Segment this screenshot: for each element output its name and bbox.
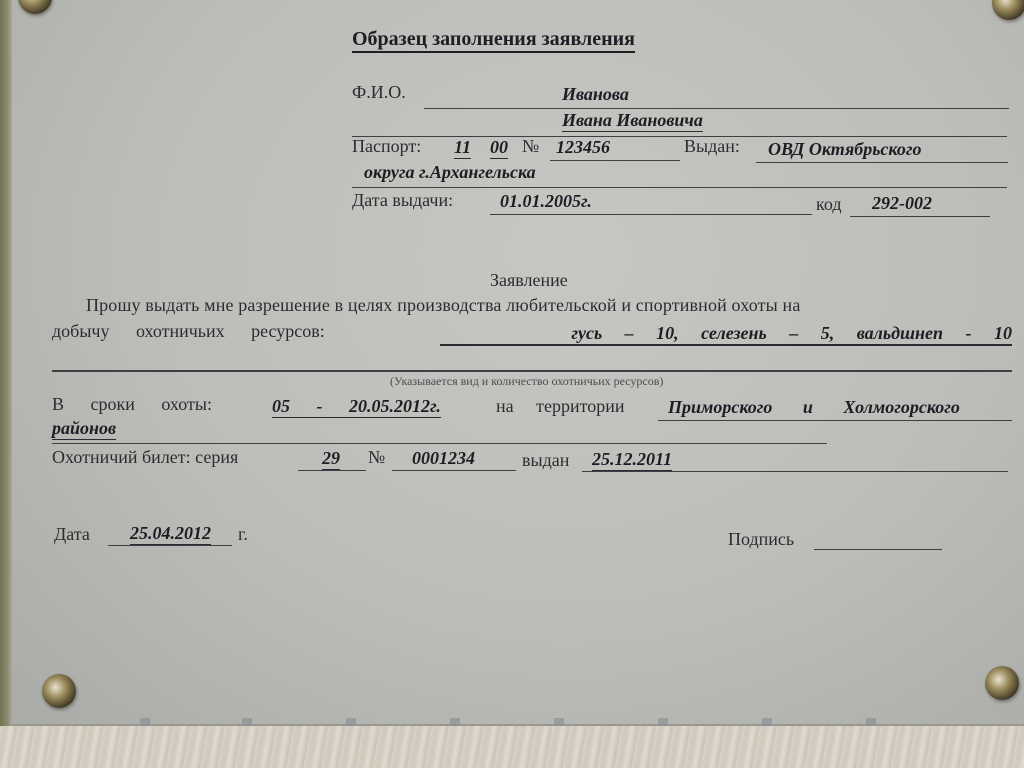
fio-surname: Иванова	[562, 84, 629, 105]
issue-date-label: Дата выдачи:	[352, 190, 453, 211]
frame-edge	[0, 0, 12, 768]
issue-date: 01.01.2005г.	[500, 191, 592, 212]
passport-issued-line-2	[352, 187, 1007, 188]
passport-issued-by-2: округа г.Архангельска	[364, 162, 536, 183]
sheet-tick	[242, 718, 252, 726]
sheet-tick	[450, 718, 460, 726]
date-label: Дата	[54, 524, 90, 545]
wall-surface	[0, 726, 1024, 768]
period-label: В сроки охоты:	[52, 394, 212, 415]
passport-number: 123456	[556, 137, 610, 158]
ticket-series: 29	[322, 448, 340, 470]
fio-label: Ф.И.О.	[352, 82, 406, 103]
resources-hint: (Указывается вид и количество охотничьих…	[390, 374, 663, 389]
date-line	[108, 545, 232, 546]
territory-value-1: Приморского и Холмогорского	[668, 397, 960, 418]
passport-issued-line	[756, 162, 1008, 163]
ticket-issued-label: выдан	[522, 450, 569, 471]
passport-series-2: 00	[490, 137, 508, 159]
document-sheet	[12, 0, 1024, 728]
territory-line-2	[52, 443, 827, 444]
fio-name-patronymic: Ивана Ивановича	[562, 110, 703, 132]
passport-label: Паспорт:	[352, 136, 421, 157]
sheet-tick	[346, 718, 356, 726]
passport-number-sign: №	[522, 136, 539, 157]
ticket-issued-date: 25.12.2011	[592, 449, 672, 471]
sheet-tick	[658, 718, 668, 726]
application-body-line1: Прошу выдать мне разрешение в целях прои…	[86, 295, 800, 316]
passport-issued-label: Выдан:	[684, 136, 740, 157]
ticket-number-sign: №	[368, 447, 385, 468]
period-value: 05 - 20.05.2012г.	[272, 396, 441, 418]
sheet-tick	[554, 718, 564, 726]
application-heading: Заявление	[490, 270, 568, 291]
code-value: 292-002	[872, 193, 932, 214]
resources-value: гусь – 10, селезень – 5, вальдшнеп - 10	[440, 323, 1012, 346]
resources-line-2	[52, 370, 1012, 372]
ticket-series-line	[298, 470, 366, 471]
territory-label: на территории	[496, 396, 625, 417]
passport-series-1: 11	[454, 137, 471, 159]
sheet-tick	[140, 718, 150, 726]
signature-label: Подпись	[728, 529, 794, 550]
fio-line-2	[352, 136, 1007, 137]
territory-line	[658, 420, 1012, 421]
signature-line	[814, 549, 942, 550]
sheet-tick	[762, 718, 772, 726]
issue-date-line	[490, 214, 812, 215]
document-title: Образец заполнения заявления	[352, 28, 635, 53]
passport-number-line	[550, 160, 680, 161]
code-line	[850, 216, 990, 217]
pin-icon	[42, 674, 76, 708]
ticket-number-line	[392, 470, 516, 471]
code-label: код	[816, 194, 841, 215]
resources-label: добычу охотничьих ресурсов:	[52, 321, 325, 342]
date-suffix: г.	[238, 524, 248, 545]
territory-value-2: районов	[52, 418, 116, 440]
pin-icon	[985, 666, 1019, 700]
ticket-number: 0001234	[412, 448, 475, 469]
date-value: 25.04.2012	[130, 523, 211, 545]
ticket-label: Охотничий билет: серия	[52, 447, 238, 468]
sheet-tick	[866, 718, 876, 726]
fio-line-1	[424, 108, 1009, 109]
ticket-issued-line	[582, 471, 1008, 472]
passport-issued-by-1: ОВД Октябрьского	[768, 139, 922, 160]
